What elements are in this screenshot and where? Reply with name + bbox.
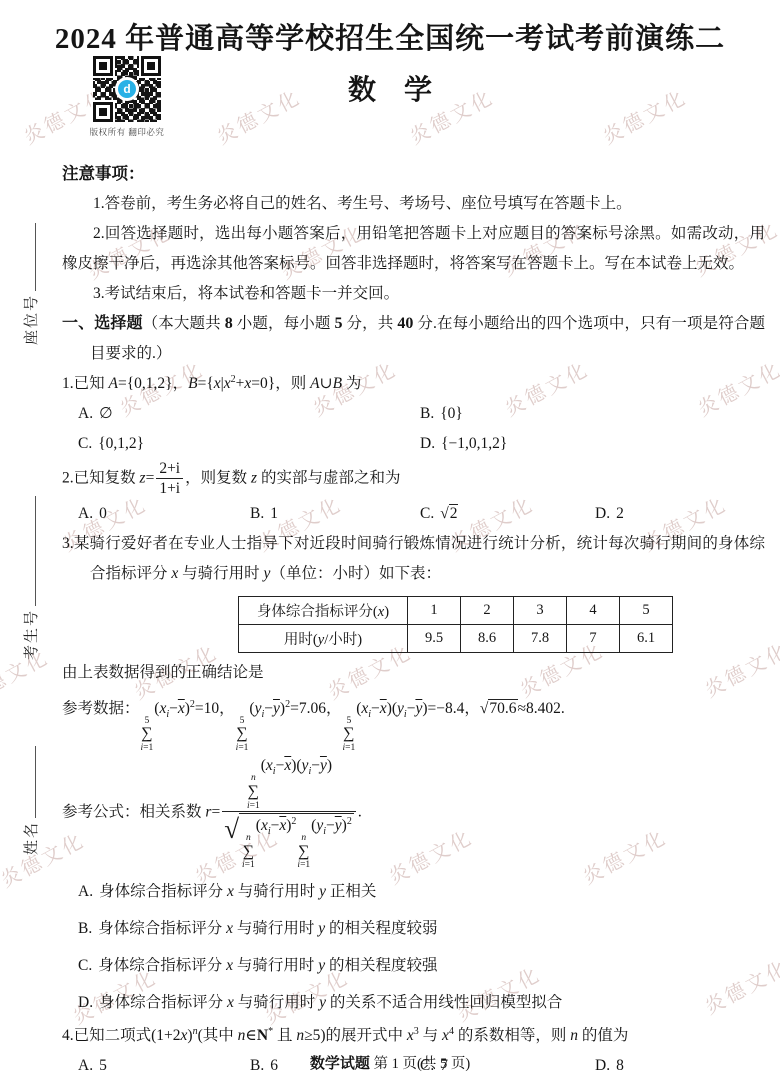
page-footer: 数学试题 第 1 页(共 5 页) bbox=[0, 1052, 780, 1073]
footer-page-number: 第 1 页(共 5 页) bbox=[373, 1056, 470, 1072]
table-row-times: 用时(y/小时) 9.5 8.6 7.8 7 6.1 bbox=[239, 624, 673, 652]
sidebar-candidate-number: 考生号 bbox=[20, 496, 43, 660]
section-1-heading: 一、选择题（本大题共 8 小题，每小题 5 分，共 40 分.在每小题给出的四个… bbox=[62, 309, 765, 369]
section-1-heading-bold: 一、选择题 bbox=[62, 315, 143, 332]
table-cell: 4 bbox=[567, 596, 620, 624]
table-cell: 2 bbox=[461, 596, 514, 624]
question-1-options-row-1: A.∅ B.{0} bbox=[62, 399, 765, 429]
table-header-cell: 用时(y/小时) bbox=[239, 624, 408, 652]
table-cell: 9.5 bbox=[408, 624, 461, 652]
main-content: 注意事项： 1.答卷前，考生务必将自己的姓名、考生号、考场号、座位号填写在答题卡… bbox=[62, 160, 765, 1081]
table-cell: 8.6 bbox=[461, 624, 514, 652]
exam-paper-page: 炎德文化炎德文化炎德文化炎德文化炎德文化炎德文化炎德文化炎德文化炎德文化炎德文化… bbox=[0, 0, 780, 1086]
table-header-cell: 身体综合指标评分(x) bbox=[239, 596, 408, 624]
option-b: B.{0} bbox=[420, 399, 463, 429]
question-1-options-row-2: C.{0,1,2} D.{−1,0,1,2} bbox=[62, 429, 765, 459]
table-cell: 3 bbox=[514, 596, 567, 624]
question-2-options-row: A.0 B.1 C.√2 D.2 bbox=[62, 499, 765, 529]
table-row-scores: 身体综合指标评分(x) 1 2 3 4 5 bbox=[239, 596, 673, 624]
option-a: A.0 bbox=[78, 499, 250, 529]
sidebar-name-label: 姓名 bbox=[24, 821, 40, 855]
question-4-stem: 4.已知二项式(1+2x)n(其中 n∈N* 且 n≥5)的展开式中 x3 与 … bbox=[62, 1021, 765, 1051]
sidebar-seat-number: 座位号 bbox=[20, 223, 43, 345]
notice-title: 注意事项： bbox=[62, 160, 765, 189]
sidebar-seat-number-label: 座位号 bbox=[24, 294, 40, 345]
option-c: C.{0,1,2} bbox=[78, 429, 420, 459]
option-a: A.∅ bbox=[78, 399, 420, 429]
question-3-stem: 3.某骑行爱好者在专业人士指导下对近段时间骑行锻炼情况进行统计分析，统计每次骑行… bbox=[62, 529, 765, 589]
option-c: C.√2 bbox=[420, 499, 595, 529]
table-cell: 7 bbox=[567, 624, 620, 652]
table-cell: 7.8 bbox=[514, 624, 567, 652]
section-1-heading-rest: （本大题共 8 小题，每小题 5 分，共 40 分.在每小题给出的四个选项中，只… bbox=[90, 315, 765, 362]
footer-title: 数学试题 bbox=[310, 1055, 370, 1072]
question-3-conclusion: 由上表数据得到的正确结论是 bbox=[62, 658, 765, 688]
question-3-option-d: D.身体综合指标评分 x 与骑行用时 y 的关系不适合用线性回归模型拟合 bbox=[62, 984, 765, 1021]
reference-data: 参考数据：5∑i=1(xi−x)2=10，5∑i=1(yi−y)2=7.06，5… bbox=[62, 688, 765, 754]
table-cell: 5 bbox=[620, 596, 673, 624]
notice-item-3: 3.考试结束后，将本试卷和答题卡一并交回。 bbox=[62, 279, 765, 309]
notice-item-2: 2.回答选择题时，选出每小题答案后，用铅笔把答题卡上对应题目的答案标号涂黑。如需… bbox=[62, 219, 765, 279]
subject-title: 数 学 bbox=[0, 68, 780, 108]
question-3-option-a: A.身体综合指标评分 x 与骑行用时 y 正相关 bbox=[62, 873, 765, 910]
question-3-option-b: B.身体综合指标评分 x 与骑行用时 y 的相关程度较弱 bbox=[62, 910, 765, 947]
fill-in-line bbox=[20, 746, 36, 818]
data-table: 身体综合指标评分(x) 1 2 3 4 5 用时(y/小时) 9.5 8.6 7… bbox=[238, 596, 673, 653]
table-cell: 1 bbox=[408, 596, 461, 624]
question-2-stem: 2.已知复数 z=2+i1+i，则复数 z 的实部与虚部之和为 bbox=[62, 459, 765, 499]
qr-caption: 版权所有 翻印必究 bbox=[88, 126, 166, 138]
question-1-stem: 1.已知 A={0,1,2}，B={x|x2+x=0}，则 A∪B 为 bbox=[62, 369, 765, 399]
fill-in-line bbox=[20, 223, 36, 291]
option-d: D.{−1,0,1,2} bbox=[420, 429, 507, 459]
sidebar-candidate-number-label: 考生号 bbox=[24, 609, 40, 660]
page-title: 2024 年普通高等学校招生全国统一考试考前演练二 bbox=[0, 16, 780, 57]
option-d: D.2 bbox=[595, 499, 624, 529]
question-3-option-c: C.身体综合指标评分 x 与骑行用时 y 的相关程度较强 bbox=[62, 947, 765, 984]
notice-item-1: 1.答卷前，考生务必将自己的姓名、考生号、考场号、座位号填写在答题卡上。 bbox=[62, 189, 765, 219]
table-cell: 6.1 bbox=[620, 624, 673, 652]
reference-formula: 参考公式：相关系数 r=n∑i=1(xi−x)(yi−y)√n∑i=1(xi−x… bbox=[62, 756, 765, 870]
sidebar-name: 姓名 bbox=[20, 746, 43, 855]
fill-in-line bbox=[20, 496, 36, 606]
option-b: B.1 bbox=[250, 499, 420, 529]
